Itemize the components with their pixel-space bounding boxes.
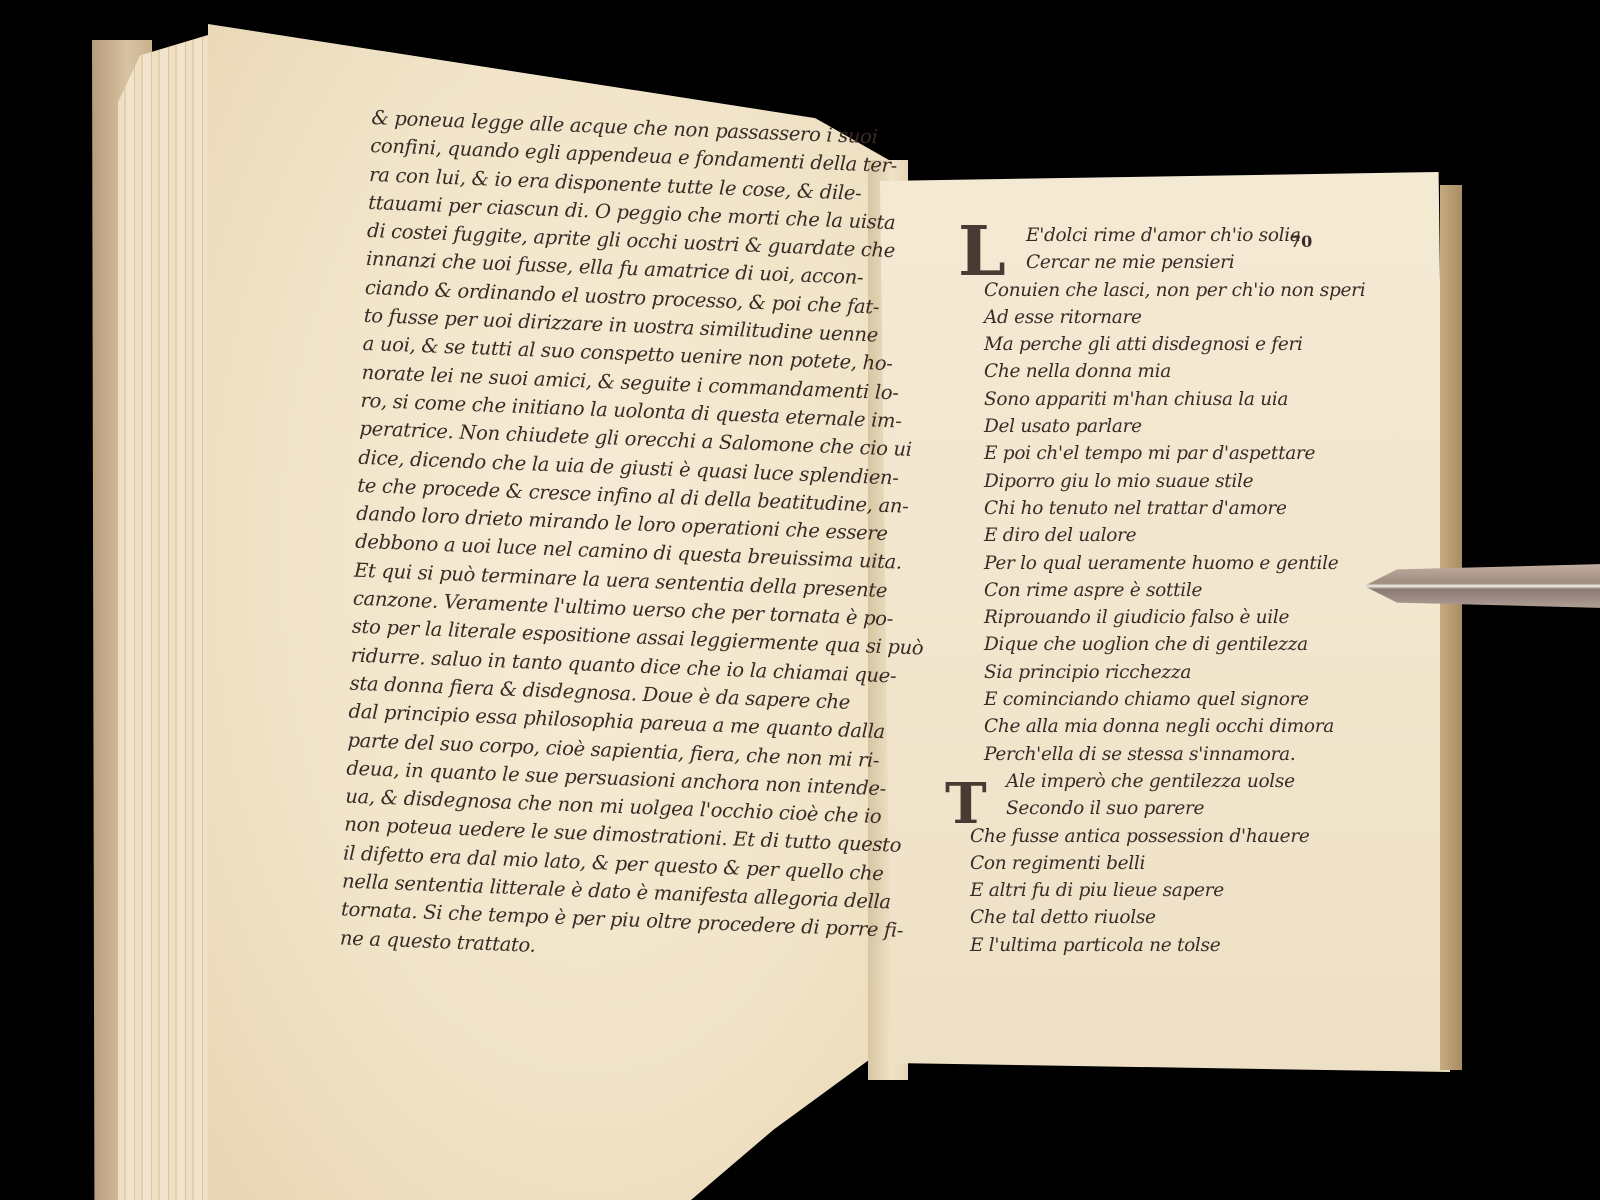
poem-line: Che fusse antica possession d'hauere: [960, 823, 1380, 850]
right-page-edge: [1440, 185, 1462, 1070]
poem-line: Conuien che lasci, non per ch'io non spe…: [960, 277, 1380, 304]
poem-line: Riprouando il giudicio falso è uile: [960, 604, 1380, 631]
poem-line: Che nella donna mia: [960, 358, 1380, 385]
poem-line: Ad esse ritornare: [960, 304, 1380, 331]
poem-line: E cominciando chiamo quel signore: [960, 686, 1380, 713]
poem-line: E'dolci rime d'amor ch'io solia: [960, 222, 1380, 249]
right-page-poem: E'dolci rime d'amor ch'io soliaCercar ne…: [960, 222, 1380, 959]
poem-line: Dique che uoglion che di gentilezza: [960, 631, 1380, 658]
poem-line: E poi ch'el tempo mi par d'aspettare: [960, 440, 1380, 467]
poem-line: Del usato parlare: [960, 413, 1380, 440]
poem-line: E l'ultima particola ne tolse: [960, 932, 1380, 959]
poem-line: Chi ho tenuto nel trattar d'amore: [960, 495, 1380, 522]
poem-line: E diro del ualore: [960, 522, 1380, 549]
poem-line: Con regimenti belli: [960, 850, 1380, 877]
poem-line: Cercar ne mie pensieri: [960, 249, 1380, 276]
poem-line: Sono appariti m'han chiusa la uia: [960, 386, 1380, 413]
poem-line: Diporro giu lo mio suaue stile: [960, 468, 1380, 495]
poem-line: Per lo qual ueramente huomo e gentile: [960, 550, 1380, 577]
poem-line: Secondo il suo parere: [960, 795, 1380, 822]
poem-line: Con rime aspre è sottile: [960, 577, 1380, 604]
poem-line: Sia principio ricchezza: [960, 659, 1380, 686]
poem-line: Perch'ella di se stessa s'innamora.: [960, 741, 1380, 768]
poem-line: Ma perche gli atti disdegnosi e feri: [960, 331, 1380, 358]
poem-line: Che alla mia donna negli occhi dimora: [960, 713, 1380, 740]
page-stack: [118, 32, 218, 1200]
poem-line: Che tal detto riuolse: [960, 904, 1380, 931]
open-book: & poneua legge alle acque che non passas…: [0, 0, 1600, 1200]
left-page-text: & poneua legge alle acque che non passas…: [339, 104, 871, 971]
poem-line: Ale imperò che gentilezza uolse: [960, 768, 1380, 795]
poem-line: E altri fu di piu lieue sapere: [960, 877, 1380, 904]
